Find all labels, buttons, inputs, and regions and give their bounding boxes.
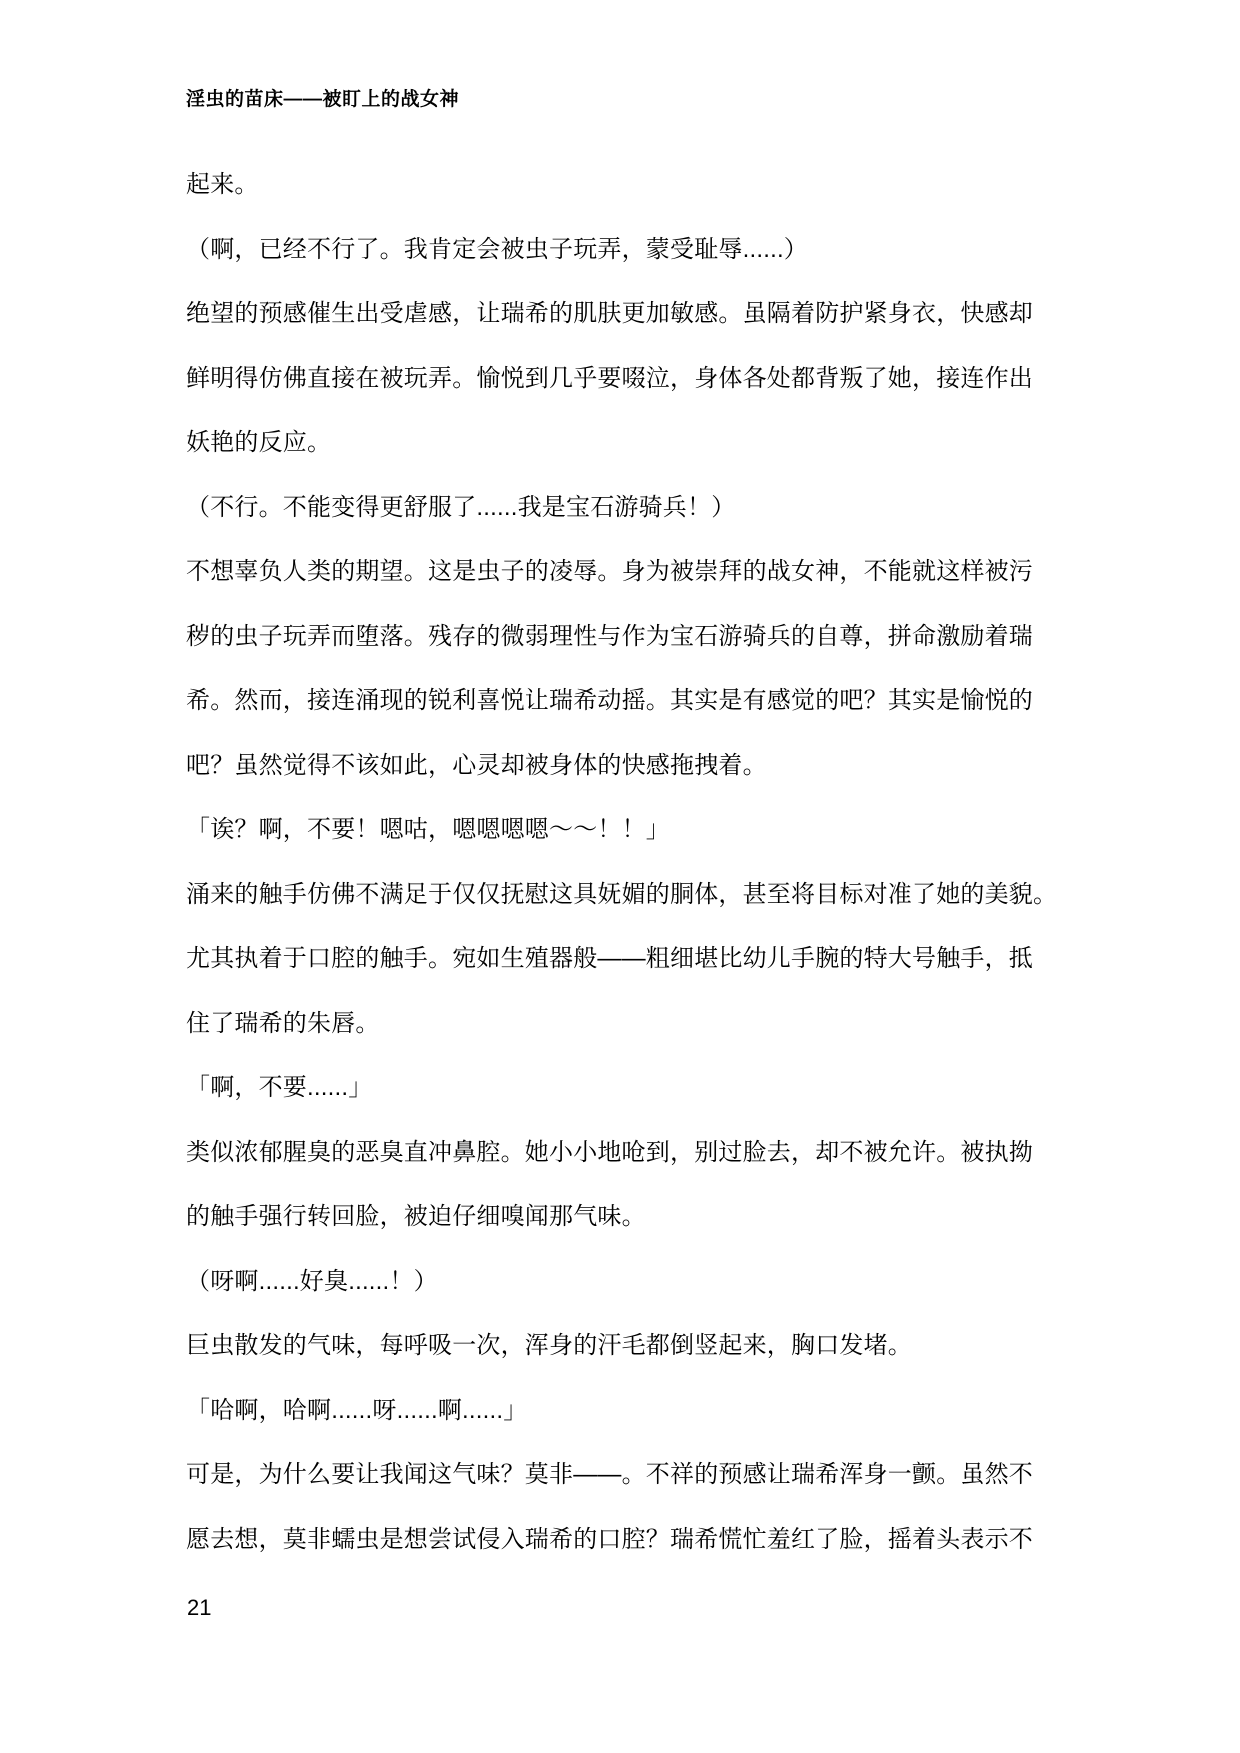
text-line: 愿去想，莫非蠕虫是想尝试侵入瑞希的口腔？瑞希慌忙羞红了脸，摇着头表示不 bbox=[186, 1508, 1066, 1573]
text-line: 「哈啊，哈啊......呀......啊......」 bbox=[186, 1379, 1066, 1444]
text-line: 鲜明得仿佛直接在被玩弄。愉悦到几乎要啜泣，身体各处都背叛了她，接连作出 bbox=[186, 347, 1066, 412]
text-line: 的触手强行转回脸，被迫仔细嗅闻那气味。 bbox=[186, 1185, 1066, 1250]
text-line: 起来。 bbox=[186, 153, 1066, 218]
text-line: 妖艳的反应。 bbox=[186, 411, 1066, 476]
text-line: 秽的虫子玩弄而堕落。残存的微弱理性与作为宝石游骑兵的自尊，拼命激励着瑞 bbox=[186, 605, 1066, 670]
text-line: 类似浓郁腥臭的恶臭直冲鼻腔。她小小地呛到，别过脸去，却不被允许。被执拗 bbox=[186, 1121, 1066, 1186]
text-line: 涌来的触手仿佛不满足于仅仅抚慰这具妩媚的胴体，甚至将目标对准了她的美貌。 bbox=[186, 863, 1066, 928]
text-line: 巨虫散发的气味，每呼吸一次，浑身的汗毛都倒竖起来，胸口发堵。 bbox=[186, 1314, 1066, 1379]
text-line: 不想辜负人类的期望。这是虫子的凌辱。身为被崇拜的战女神，不能就这样被污 bbox=[186, 540, 1066, 605]
document-header-title: 淫虫的苗床——被盯上的战女神 bbox=[186, 84, 459, 111]
document-body: 起来。（啊，已经不行了。我肯定会被虫子玩弄，蒙受耻辱......）绝望的预感催生… bbox=[186, 153, 1066, 1572]
text-line: 尤其执着于口腔的触手。宛如生殖器般——粗细堪比幼儿手腕的特大号触手，抵 bbox=[186, 927, 1066, 992]
text-line: （啊，已经不行了。我肯定会被虫子玩弄，蒙受耻辱......） bbox=[186, 218, 1066, 283]
text-line: 希。然而，接连涌现的锐利喜悦让瑞希动摇。其实是有感觉的吧？其实是愉悦的 bbox=[186, 669, 1066, 734]
text-line: （呀啊......好臭......！） bbox=[186, 1250, 1066, 1315]
page-number: 21 bbox=[187, 1594, 211, 1622]
text-line: 「啊，不要......」 bbox=[186, 1056, 1066, 1121]
text-line: 住了瑞希的朱唇。 bbox=[186, 992, 1066, 1057]
text-line: （不行。不能变得更舒服了......我是宝石游骑兵！） bbox=[186, 476, 1066, 541]
document-page: 淫虫的苗床——被盯上的战女神 起来。（啊，已经不行了。我肯定会被虫子玩弄，蒙受耻… bbox=[0, 0, 1240, 1753]
text-line: 可是，为什么要让我闻这气味？莫非——。不祥的预感让瑞希浑身一颤。虽然不 bbox=[186, 1443, 1066, 1508]
text-line: 「诶？啊，不要！嗯咕，嗯嗯嗯嗯～～！！」 bbox=[186, 798, 1066, 863]
text-line: 吧？虽然觉得不该如此，心灵却被身体的快感拖拽着。 bbox=[186, 734, 1066, 799]
text-line: 绝望的预感催生出受虐感，让瑞希的肌肤更加敏感。虽隔着防护紧身衣，快感却 bbox=[186, 282, 1066, 347]
